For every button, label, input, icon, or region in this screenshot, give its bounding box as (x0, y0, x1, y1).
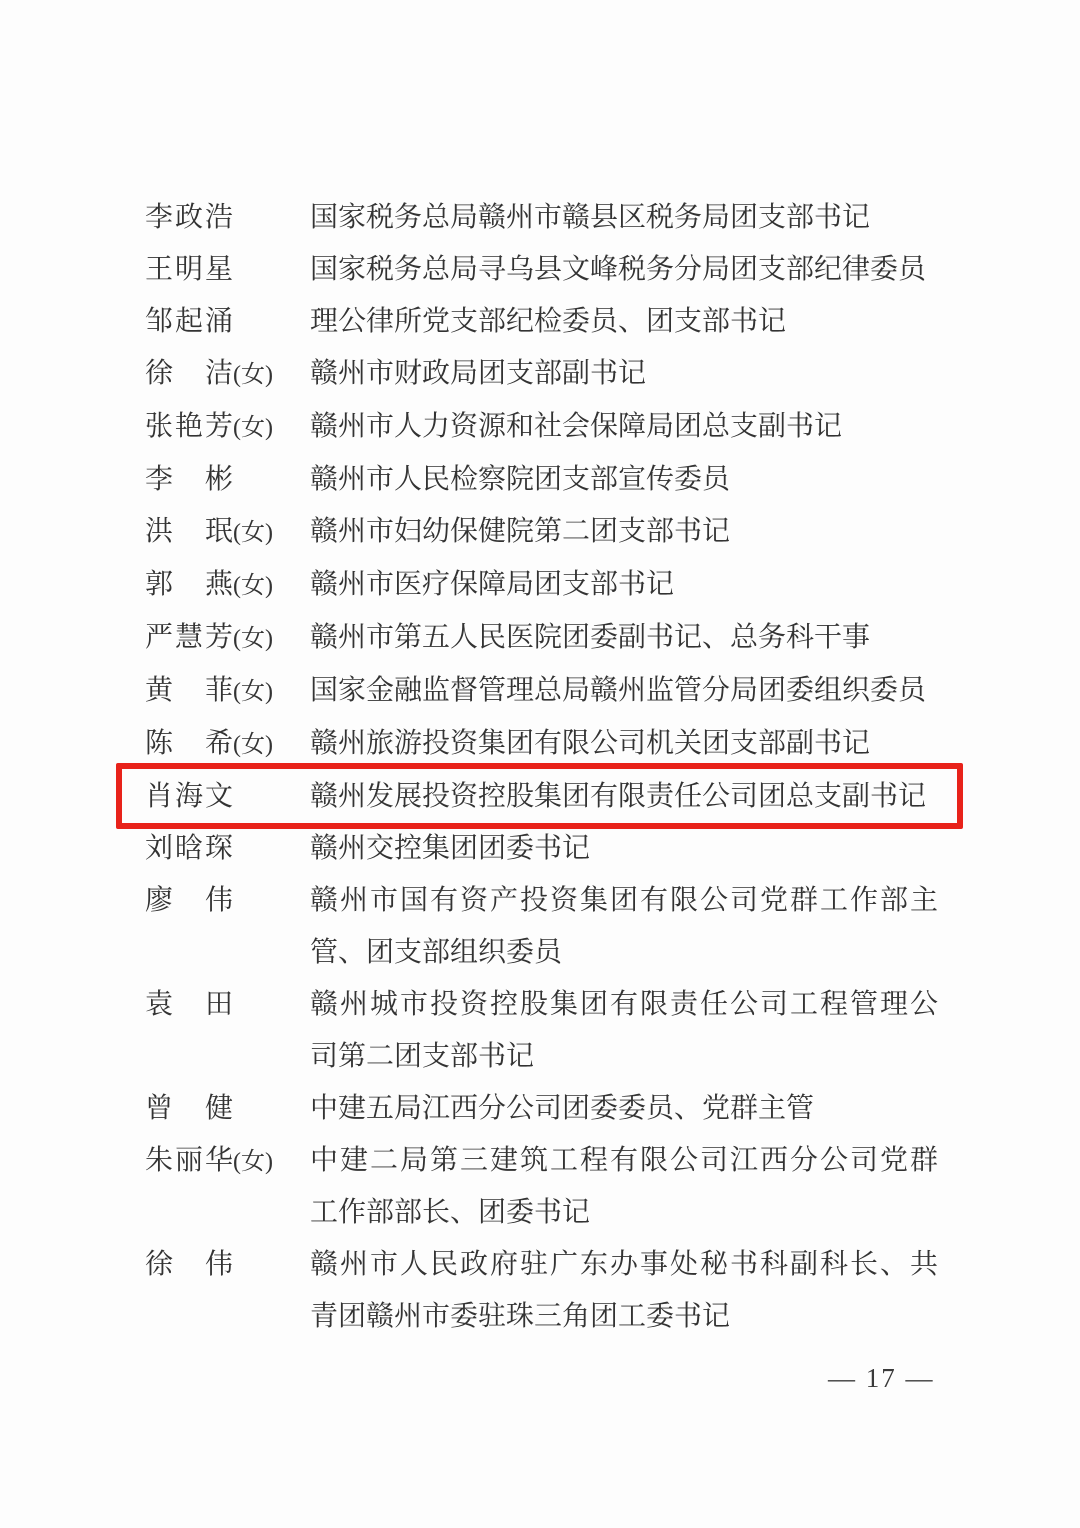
person-title-line: 中建二局第三建筑工程有限公司江西分公司党群 (310, 1135, 938, 1187)
person-name: 刘晗琛 (145, 823, 233, 875)
person-title-line: 赣州交控集团团委书记 (310, 823, 938, 875)
person-title-line: 赣州市医疗保障局团支部书记 (310, 559, 938, 611)
table-row: 李彬赣州市人民检察院团支部宣传委员 (0, 454, 1080, 506)
person-title-line: 赣州市人民政府驻广东办事处秘书科副科长、共 (310, 1239, 938, 1291)
person-name: 徐伟 (145, 1239, 233, 1291)
table-row: 朱丽华(女)中建二局第三建筑工程有限公司江西分公司党群工作部部长、团委书记 (0, 1135, 1080, 1239)
document-page: 李政浩国家税务总局赣州市赣县区税务局团支部书记王明星国家税务总局寻乌县文峰税务分… (0, 0, 1080, 1528)
name-cell: 严慧芳(女) (145, 612, 310, 665)
person-title-line: 管、团支部组织委员 (310, 927, 938, 979)
person-title: 赣州市妇幼保健院第二团支部书记 (310, 506, 938, 558)
table-row: 曾健中建五局江西分公司团委委员、党群主管 (0, 1083, 1080, 1135)
gender-note: (女) (233, 415, 273, 441)
name-cell: 邹起涌 (145, 296, 310, 348)
person-name: 朱丽华 (145, 1135, 233, 1187)
person-name: 李政浩 (145, 192, 233, 244)
person-title: 赣州发展投资控股集团有限责任公司团总支副书记 (310, 771, 938, 823)
table-row: 洪珉(女)赣州市妇幼保健院第二团支部书记 (0, 506, 1080, 559)
person-name: 袁田 (145, 979, 233, 1031)
person-name: 郭燕 (145, 559, 233, 611)
person-title: 赣州市人民政府驻广东办事处秘书科副科长、共青团赣州市委驻珠三角团工委书记 (310, 1239, 938, 1343)
person-name: 洪珉 (145, 506, 233, 558)
person-title-line: 赣州旅游投资集团有限公司机关团支部副书记 (310, 718, 938, 770)
person-name: 邹起涌 (145, 296, 233, 348)
person-title: 中建二局第三建筑工程有限公司江西分公司党群工作部部长、团委书记 (310, 1135, 938, 1239)
table-row: 黄菲(女)国家金融监督管理总局赣州监管分局团委组织委员 (0, 665, 1080, 718)
person-title-line: 赣州城市投资控股集团有限责任公司工程管理公 (310, 979, 938, 1031)
gender-note: (女) (233, 1149, 273, 1175)
name-cell: 洪珉(女) (145, 506, 310, 559)
name-cell: 刘晗琛 (145, 823, 310, 875)
name-cell: 袁田 (145, 979, 310, 1031)
person-title-line: 工作部部长、团委书记 (310, 1187, 938, 1239)
person-title-line: 中建五局江西分公司团委委员、党群主管 (310, 1083, 938, 1135)
name-cell: 郭燕(女) (145, 559, 310, 612)
person-title: 赣州旅游投资集团有限公司机关团支部副书记 (310, 718, 938, 770)
person-title-line: 赣州市妇幼保健院第二团支部书记 (310, 506, 938, 558)
name-cell: 黄菲(女) (145, 665, 310, 718)
name-cell: 曾健 (145, 1083, 310, 1135)
table-row: 袁田赣州城市投资控股集团有限责任公司工程管理公司第二团支部书记 (0, 979, 1080, 1083)
table-row: 李政浩国家税务总局赣州市赣县区税务局团支部书记 (0, 192, 1080, 244)
page-number: — 17 — (828, 1358, 935, 1398)
person-title-line: 赣州市人力资源和社会保障局团总支副书记 (310, 401, 938, 453)
person-title-line: 赣州市第五人民医院团委副书记、总务科干事 (310, 612, 938, 664)
table-row: 肖海文赣州发展投资控股集团有限责任公司团总支副书记 (0, 771, 1080, 823)
gender-note: (女) (233, 520, 273, 546)
table-row: 张艳芳(女)赣州市人力资源和社会保障局团总支副书记 (0, 401, 1080, 454)
person-title: 赣州市财政局团支部副书记 (310, 348, 938, 400)
table-row: 廖伟赣州市国有资产投资集团有限公司党群工作部主管、团支部组织委员 (0, 875, 1080, 979)
person-title-line: 国家金融监督管理总局赣州监管分局团委组织委员 (310, 665, 938, 717)
table-row: 陈希(女)赣州旅游投资集团有限公司机关团支部副书记 (0, 718, 1080, 771)
person-name: 李彬 (145, 454, 233, 506)
table-row: 郭燕(女)赣州市医疗保障局团支部书记 (0, 559, 1080, 612)
person-title-line: 司第二团支部书记 (310, 1031, 938, 1083)
name-cell: 王明星 (145, 244, 310, 296)
gender-note: (女) (233, 573, 273, 599)
person-title: 赣州市人民检察院团支部宣传委员 (310, 454, 938, 506)
table-row: 邹起涌理公律所党支部纪检委员、团支部书记 (0, 296, 1080, 348)
person-title: 国家税务总局寻乌县文峰税务分局团支部纪律委员 (310, 244, 938, 296)
name-cell: 陈希(女) (145, 718, 310, 771)
person-name: 肖海文 (145, 771, 233, 823)
person-name: 张艳芳 (145, 401, 233, 453)
table-row: 徐洁(女)赣州市财政局团支部副书记 (0, 348, 1080, 401)
name-cell: 徐伟 (145, 1239, 310, 1291)
person-title: 赣州市第五人民医院团委副书记、总务科干事 (310, 612, 938, 664)
gender-note: (女) (233, 732, 273, 758)
name-cell: 李彬 (145, 454, 310, 506)
person-title: 国家金融监督管理总局赣州监管分局团委组织委员 (310, 665, 938, 717)
person-title-line: 国家税务总局寻乌县文峰税务分局团支部纪律委员 (310, 244, 938, 296)
person-name: 曾健 (145, 1083, 233, 1135)
person-title-line: 青团赣州市委驻珠三角团工委书记 (310, 1291, 938, 1343)
gender-note: (女) (233, 362, 273, 388)
name-cell: 张艳芳(女) (145, 401, 310, 454)
person-title-line: 赣州市人民检察院团支部宣传委员 (310, 454, 938, 506)
table-row: 严慧芳(女)赣州市第五人民医院团委副书记、总务科干事 (0, 612, 1080, 665)
name-cell: 徐洁(女) (145, 348, 310, 401)
person-title-line: 赣州市国有资产投资集团有限公司党群工作部主 (310, 875, 938, 927)
person-name: 严慧芳 (145, 612, 233, 664)
person-title: 赣州城市投资控股集团有限责任公司工程管理公司第二团支部书记 (310, 979, 938, 1083)
person-name: 王明星 (145, 244, 233, 296)
table-row: 刘晗琛赣州交控集团团委书记 (0, 823, 1080, 875)
person-name: 廖伟 (145, 875, 233, 927)
person-title-line: 理公律所党支部纪检委员、团支部书记 (310, 296, 938, 348)
person-name: 黄菲 (145, 665, 233, 717)
name-cell: 廖伟 (145, 875, 310, 927)
person-name: 徐洁 (145, 348, 233, 400)
person-title: 赣州市国有资产投资集团有限公司党群工作部主管、团支部组织委员 (310, 875, 938, 979)
table-row: 王明星国家税务总局寻乌县文峰税务分局团支部纪律委员 (0, 244, 1080, 296)
person-title-line: 赣州市财政局团支部副书记 (310, 348, 938, 400)
name-cell: 朱丽华(女) (145, 1135, 310, 1188)
person-title: 赣州市医疗保障局团支部书记 (310, 559, 938, 611)
table-row: 徐伟赣州市人民政府驻广东办事处秘书科副科长、共青团赣州市委驻珠三角团工委书记 (0, 1239, 1080, 1343)
person-title-line: 国家税务总局赣州市赣县区税务局团支部书记 (310, 192, 938, 244)
name-cell: 李政浩 (145, 192, 310, 244)
gender-note: (女) (233, 626, 273, 652)
person-title: 国家税务总局赣州市赣县区税务局团支部书记 (310, 192, 938, 244)
person-title-line: 赣州发展投资控股集团有限责任公司团总支副书记 (310, 771, 938, 823)
roster-list: 李政浩国家税务总局赣州市赣县区税务局团支部书记王明星国家税务总局寻乌县文峰税务分… (0, 192, 1080, 1343)
name-cell: 肖海文 (145, 771, 310, 823)
gender-note: (女) (233, 679, 273, 705)
person-title: 理公律所党支部纪检委员、团支部书记 (310, 296, 938, 348)
person-name: 陈希 (145, 718, 233, 770)
person-title: 赣州交控集团团委书记 (310, 823, 938, 875)
person-title: 中建五局江西分公司团委委员、党群主管 (310, 1083, 938, 1135)
person-title: 赣州市人力资源和社会保障局团总支副书记 (310, 401, 938, 453)
